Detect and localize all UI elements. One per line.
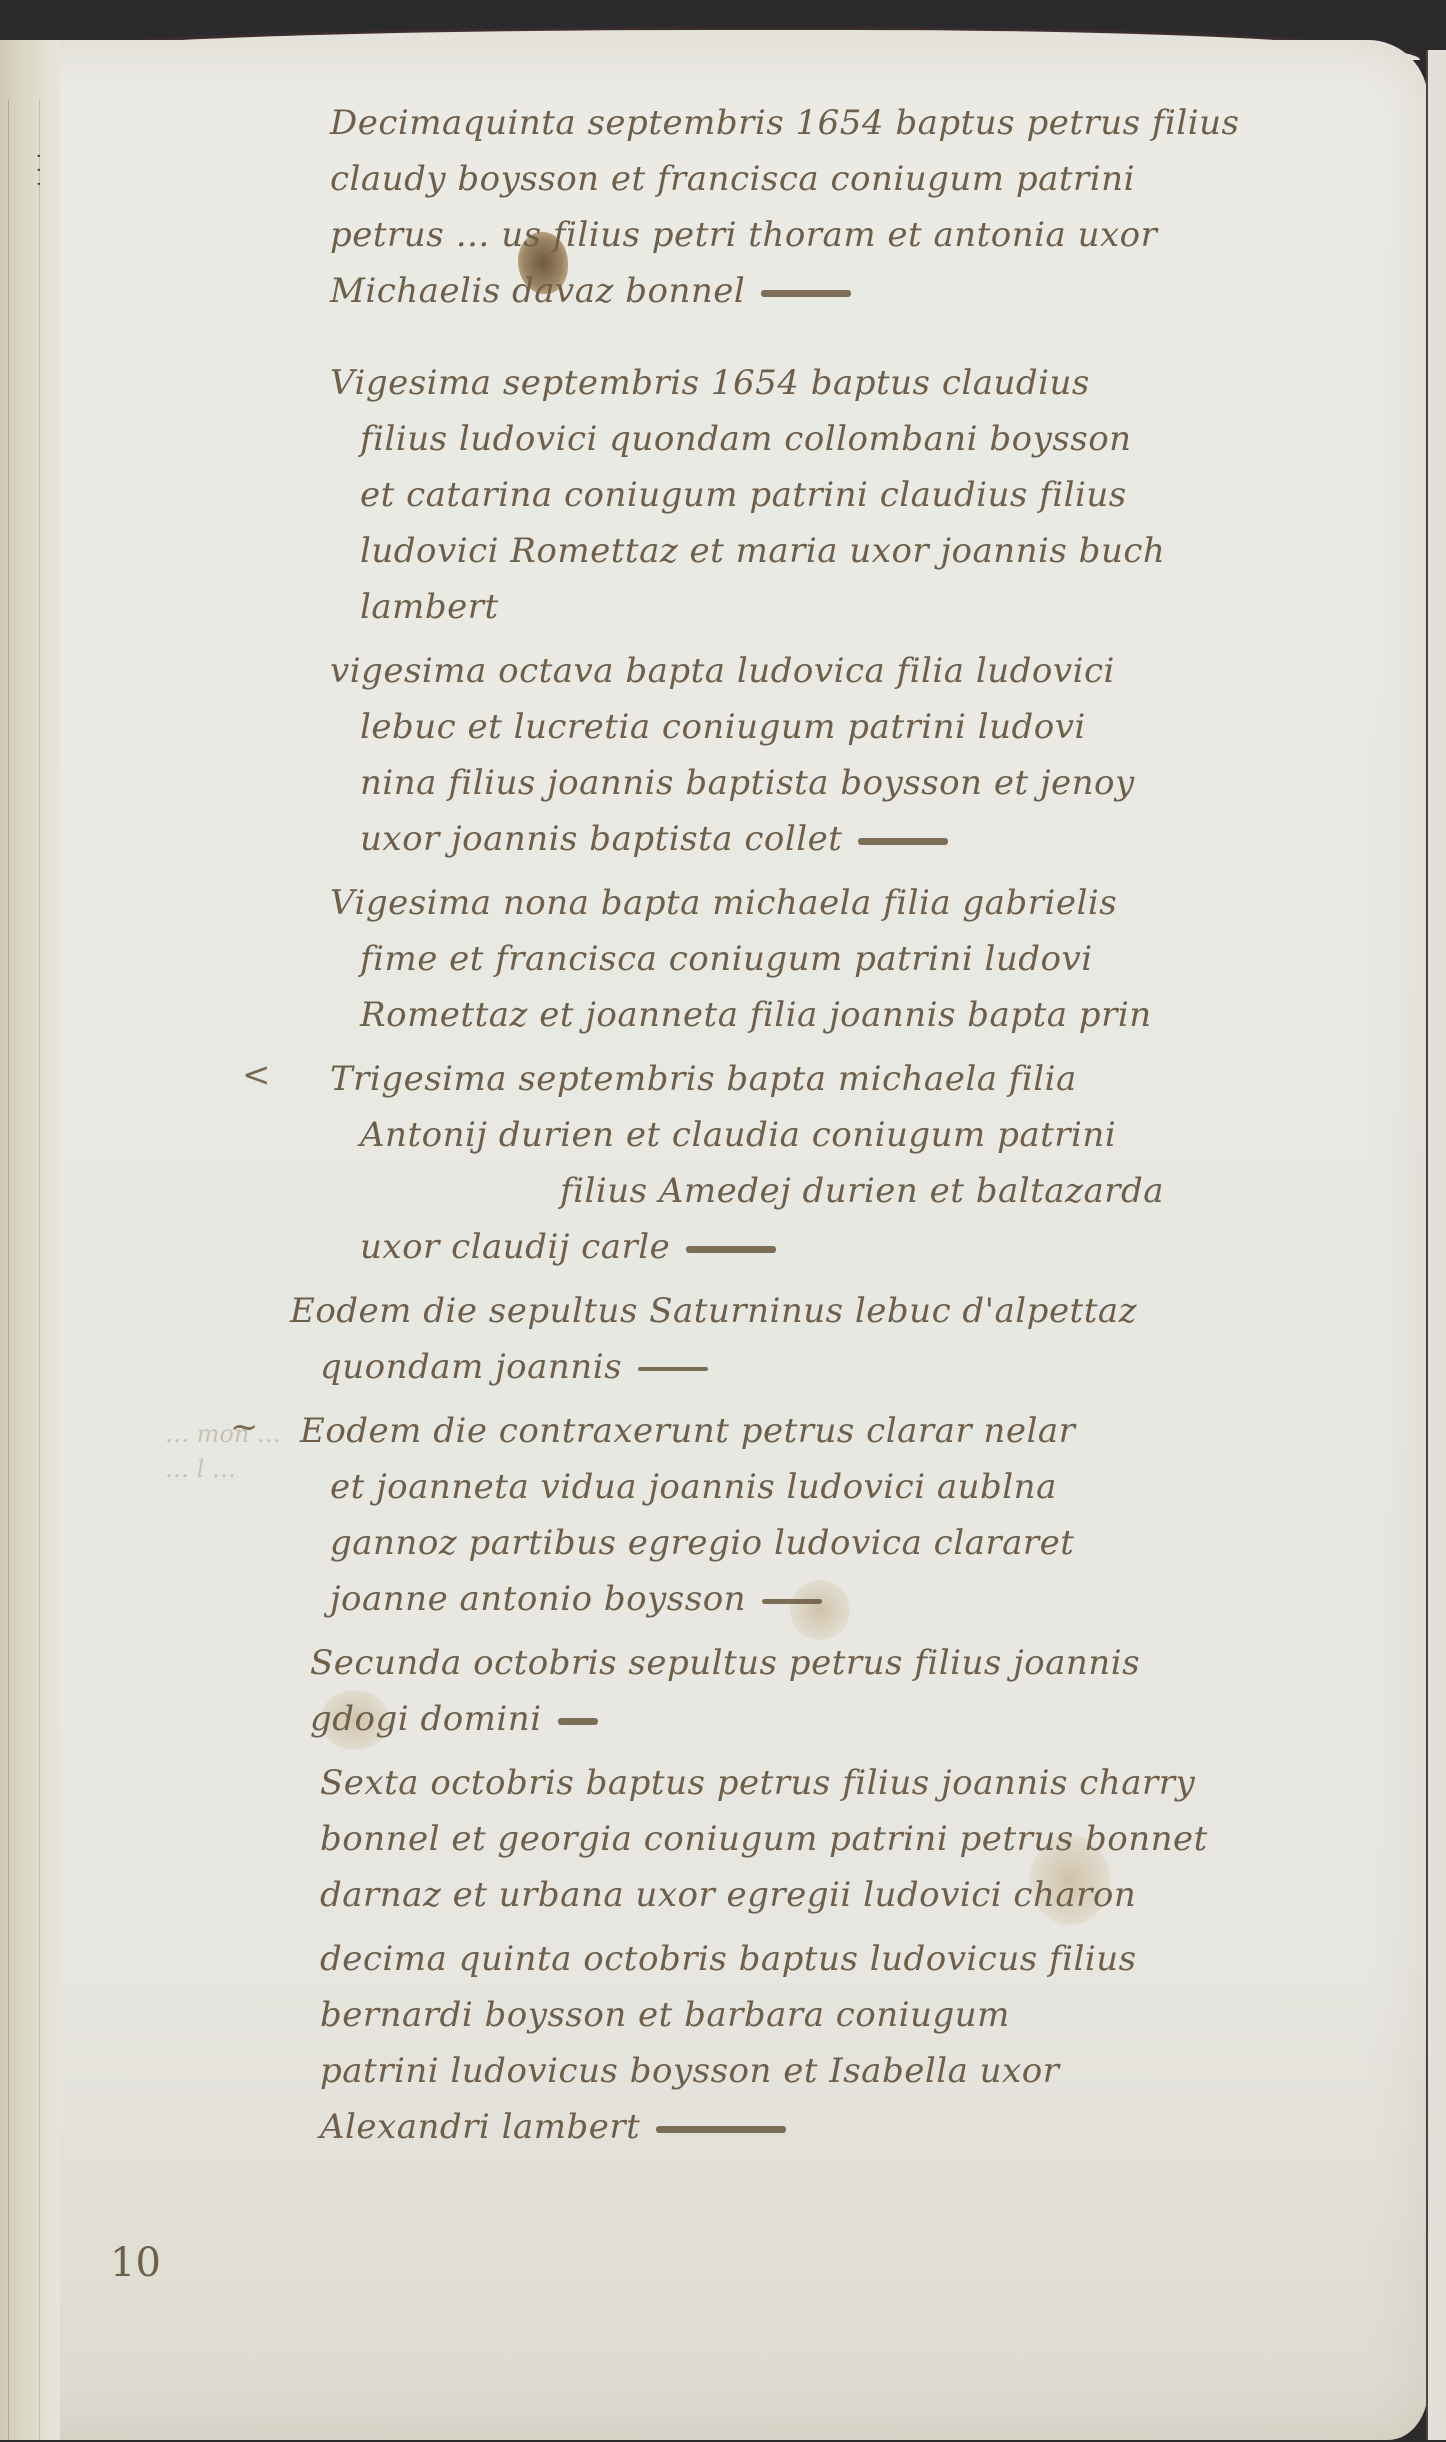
entry-line: Decimaquinta septembris 1654 baptus petr…	[330, 95, 1420, 151]
entry-line: filius ludovici quondam collombani boyss…	[330, 411, 1420, 467]
entry-line: decima quinta octobris baptus ludovicus …	[320, 1931, 1420, 1987]
entry-line: ludovici Romettaz et maria uxor joannis …	[330, 523, 1420, 579]
entry-line-text: Michaelis davaz bonnel	[330, 271, 745, 311]
entry-line: darnaz et urbana uxor egregii ludovici c…	[320, 1867, 1420, 1923]
entry-line: Antonij durien et claudia coniugum patri…	[330, 1107, 1420, 1163]
entry-line: joanne antonio boysson	[300, 1571, 1420, 1627]
facing-page-edge	[1426, 50, 1446, 2440]
entry-line: Eodem die sepultus Saturninus lebuc d'al…	[290, 1283, 1420, 1339]
entry-line: filius Amedej durien et baltazarda	[330, 1163, 1420, 1219]
end-of-entry-stroke	[686, 1246, 776, 1253]
entry-line: nina filius joannis baptista boysson et …	[330, 755, 1420, 811]
entry-line: uxor joannis baptista collet	[330, 811, 1420, 867]
entry-line-text: joanne antonio boysson	[330, 1579, 746, 1619]
entry-line: lebuc et lucretia coniugum patrini ludov…	[330, 699, 1420, 755]
entry-line: gdogi domini	[310, 1691, 1420, 1747]
page-number: 10	[110, 2240, 161, 2286]
entry-line: patrini ludovicus boysson et Isabella ux…	[320, 2043, 1420, 2099]
entry-line: uxor claudij carle	[330, 1219, 1420, 1275]
register-entry-burial: Secunda octobris sepultus petrus filius …	[310, 1635, 1420, 1747]
entry-line: Secunda octobris sepultus petrus filius …	[310, 1635, 1420, 1691]
end-of-entry-stroke	[558, 1718, 598, 1725]
entry-line-text: uxor joannis baptista collet	[360, 819, 842, 859]
entry-line-text: uxor claudij carle	[360, 1227, 670, 1267]
register-entry-baptism: Sexta octobris baptus petrus filius joan…	[320, 1755, 1420, 1923]
entry-line: quondam joannis	[290, 1339, 1420, 1395]
entry-line-text: gdogi domini	[310, 1699, 542, 1739]
entry-line-text: quondam joannis	[320, 1347, 622, 1387]
book-spread: ··· … mon … … l … Decimaquinta septembri…	[0, 0, 1446, 2442]
register-entry-marriage: ~ Eodem die contraxerunt petrus clarar n…	[300, 1403, 1420, 1627]
register-entry-baptism: Decimaquinta septembris 1654 baptus petr…	[330, 95, 1420, 319]
register-entry-baptism: Vigesima septembris 1654 baptus claudius…	[330, 355, 1420, 635]
gutter-page-edges	[8, 100, 40, 2440]
binding-gutter	[0, 40, 60, 2440]
register-entry-baptism: decima quinta octobris baptus ludovicus …	[320, 1931, 1420, 2155]
register-entry-baptism: Vigesima nona bapta michaela filia gabri…	[330, 875, 1420, 1043]
entry-line: Vigesima nona bapta michaela filia gabri…	[330, 875, 1420, 931]
end-of-entry-stroke	[638, 1367, 708, 1371]
end-of-entry-stroke	[762, 1599, 822, 1604]
entry-line: petrus … us filius petri thoram et anton…	[330, 207, 1420, 263]
entry-line: fime et francisca coniugum patrini ludov…	[330, 931, 1420, 987]
register-entries: Decimaquinta septembris 1654 baptus petr…	[330, 95, 1420, 2163]
entry-line: Romettaz et joanneta filia joannis bapta…	[330, 987, 1420, 1043]
entry-line: claudy boysson et francisca coniugum pat…	[330, 151, 1420, 207]
entry-line: vigesima octava bapta ludovica filia lud…	[330, 643, 1420, 699]
entry-line: et catarina coniugum patrini claudius fi…	[330, 467, 1420, 523]
end-of-entry-stroke	[858, 838, 948, 845]
entry-line: gannoz partibus egregio ludovica clarare…	[300, 1515, 1420, 1571]
entry-line-text: Alexandri lambert	[320, 2107, 640, 2147]
entry-line: bernardi boysson et barbara coniugum	[320, 1987, 1420, 2043]
register-entry-baptism: vigesima octava bapta ludovica filia lud…	[330, 643, 1420, 867]
entry-line: bonnel et georgia coniugum patrini petru…	[320, 1811, 1420, 1867]
entry-line: Michaelis davaz bonnel	[330, 263, 1420, 319]
end-of-entry-stroke	[656, 2126, 786, 2133]
binding-stitch-marks: ···	[36, 150, 42, 192]
entry-line: et joanneta vidua joannis ludovici aubln…	[300, 1459, 1420, 1515]
margin-tilde-mark: ~	[230, 1407, 259, 1447]
faint-margin-text: … mon …	[165, 1420, 281, 1448]
entry-line: lambert	[330, 579, 1420, 635]
end-of-entry-stroke	[761, 290, 851, 297]
entry-line: Trigesima septembris bapta michaela fili…	[330, 1051, 1420, 1107]
register-entry-baptism: < Trigesima septembris bapta michaela fi…	[330, 1051, 1420, 1275]
entry-line: Alexandri lambert	[320, 2099, 1420, 2155]
entry-line: Vigesima septembris 1654 baptus claudius	[330, 355, 1420, 411]
entry-line: Sexta octobris baptus petrus filius joan…	[320, 1755, 1420, 1811]
faint-margin-text: … l …	[165, 1455, 236, 1483]
margin-arrow-mark: <	[242, 1055, 271, 1095]
register-entry-burial: Eodem die sepultus Saturninus lebuc d'al…	[290, 1283, 1420, 1395]
entry-line: Eodem die contraxerunt petrus clarar nel…	[300, 1403, 1420, 1459]
